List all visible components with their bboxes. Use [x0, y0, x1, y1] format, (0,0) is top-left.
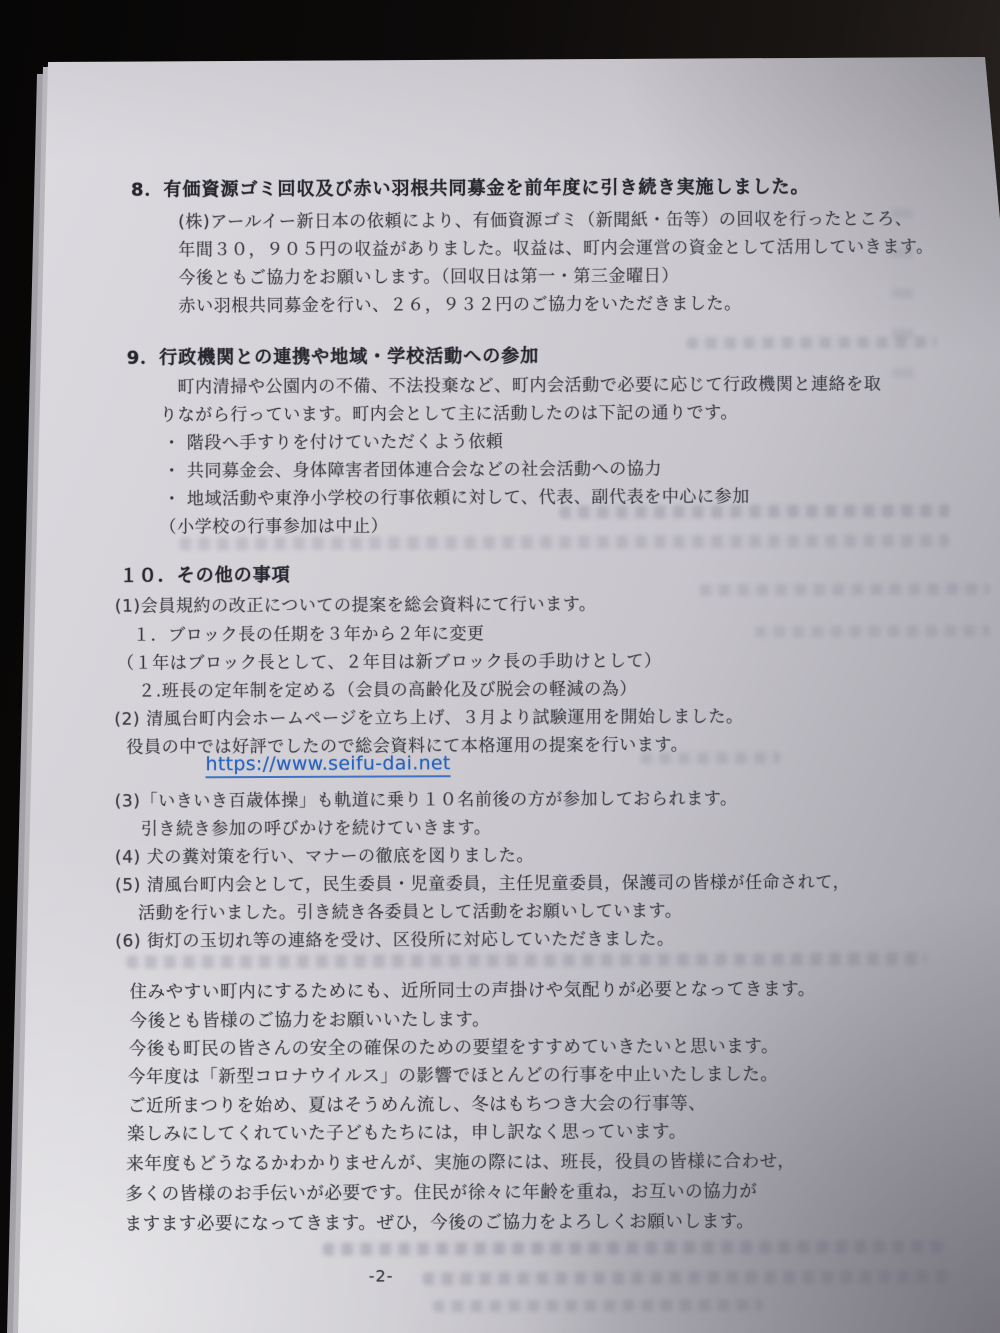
bleed-through-smudge [423, 1270, 953, 1285]
section-8-line: (株)アールイー新日本の依頼により、有価資源ゴミ（新聞紙・缶等）の回収を行ったと… [178, 204, 912, 232]
section-9-line: 町内清掃や公園内の不備、不法投棄など、町内会活動で必要に応じて行政機関と連絡を取 [160, 369, 882, 397]
bleed-through-smudge [700, 583, 990, 596]
section-9-line: りながら行っています。町内会として主に活動したのは下記の通りです。 [160, 398, 738, 426]
closing-line: 今後も町民の皆さんの安全の確保のための要望をすすめていきたいと思います。 [129, 1033, 779, 1061]
closing-line: ご近所まつりを始め、夏はそうめん流し、冬はもちつき大会の行事等、 [128, 1090, 706, 1118]
section-10-item: (4) 犬の糞対策を行い、マナーの徹底を図りました。 [115, 841, 534, 868]
section-10-subitem: １．ブロック長の任期を３年から２年に変更 [133, 619, 485, 646]
page-number: -2- [369, 1266, 394, 1285]
section-10-item: (3)「いきいき百歳体操」も軌道に乗り１０名前後の方が参加しておられます。 [115, 784, 738, 812]
closing-line: ますます必要になってきます。ぜひ，今後のご協力をよろしくお願いします。 [124, 1208, 754, 1236]
closing-line: 住みやすい町内にするためにも、近所同士の声掛けや気配りが必要となってきます。 [129, 976, 816, 1004]
bleed-through-smudge [755, 625, 990, 638]
section-9-heading: 9．行政機関との連携や地域・学校活動への参加 [127, 342, 540, 370]
section-10-line: 引き続き参加の呼びかけを続けていきます。 [141, 813, 492, 840]
section-10-item: (6) 街灯の玉切れ等の連絡を受け、区役所に対応していただきました。 [115, 924, 674, 951]
closing-line: 今年度は「新型コロナウイルス」の影響でほとんどの行事を中止いたしました。 [128, 1061, 779, 1089]
bleed-through-smudge [559, 504, 949, 519]
section-10-subitem: （１年はブロック長として、２年目は新ブロック長の手助けとして） [117, 646, 662, 673]
section-10-item: (1)会員規約の改正についての提案を総会資料にて行います。 [115, 590, 597, 617]
closing-line: 多くの皆様のお手伝いが必要です。住民が徐々に年齢を重ね，お互いの協力が [125, 1178, 757, 1206]
section-10-heading: １０．その他の事項 [120, 561, 291, 588]
section-8-line: 赤い羽根共同募金を行い、２６，９３２円のご協力をいただきました。 [178, 289, 741, 316]
section-9-bullet: ・ 共同募金会、身体障害者団体連合会などの社会活動への協力 [163, 454, 662, 481]
section-9-bullet: ・ 階段へ手すりを付けていただくよう依頼 [163, 427, 504, 453]
section-9-line: （小学校の行事参加は中止） [159, 511, 388, 537]
document-content: 8．有価資源ゴミ回収及び赤い羽根共同募金を前年度に引き続き実施しました。 (株)… [0, 0, 1000, 1333]
closing-line: 来年度もどうなるかわかりませんが、実施の際には、班長，役員の皆様に合わせ， [126, 1148, 795, 1176]
bleed-through-smudge [891, 208, 914, 408]
section-10-item: (2) 清風台町内会ホームページを立ち上げ、３月より試験運用を開始しました。 [114, 702, 743, 730]
photo-background: 8．有価資源ゴミ回収及び赤い羽根共同募金を前年度に引き続き実施しました。 (株)… [0, 0, 1000, 1333]
section-10-subitem: ２.班長の定年制を定める（会員の高齢化及び脱会の軽減の為） [138, 674, 637, 701]
bleed-through-smudge [687, 336, 937, 349]
bleed-through-smudge [433, 1299, 763, 1312]
bleed-through-smudge [126, 952, 926, 968]
section-8-line: 今後ともご協力をお願いします。（回収日は第一・第三金曜日） [178, 261, 679, 288]
section-10-line: 活動を行いました。引き続き各委員として活動をお願いしています。 [138, 896, 682, 923]
closing-line: 楽しみにしてくれていた子どもたちには，申し訳なく思っています。 [127, 1118, 687, 1145]
section-8-heading: 8．有価資源ゴミ回収及び赤い羽根共同募金を前年度に引き続き実施しました。 [131, 173, 810, 202]
closing-line: 今後とも皆様のご協力をお願いいたします。 [130, 1006, 491, 1033]
website-url-text: https://www.seifu-dai.net [205, 752, 450, 778]
bleed-through-smudge [640, 752, 780, 765]
section-8-line: 年間３０，９０５円の収益がありました。収益は、町内会運営の資金として活用していき… [178, 232, 934, 260]
section-10-item: (5) 清風台町内会として，民生委員・児童委員，主任児童委員，保護司の皆様が任命… [115, 867, 850, 895]
bleed-through-smudge [180, 534, 950, 550]
bleed-through-smudge [323, 1240, 948, 1256]
